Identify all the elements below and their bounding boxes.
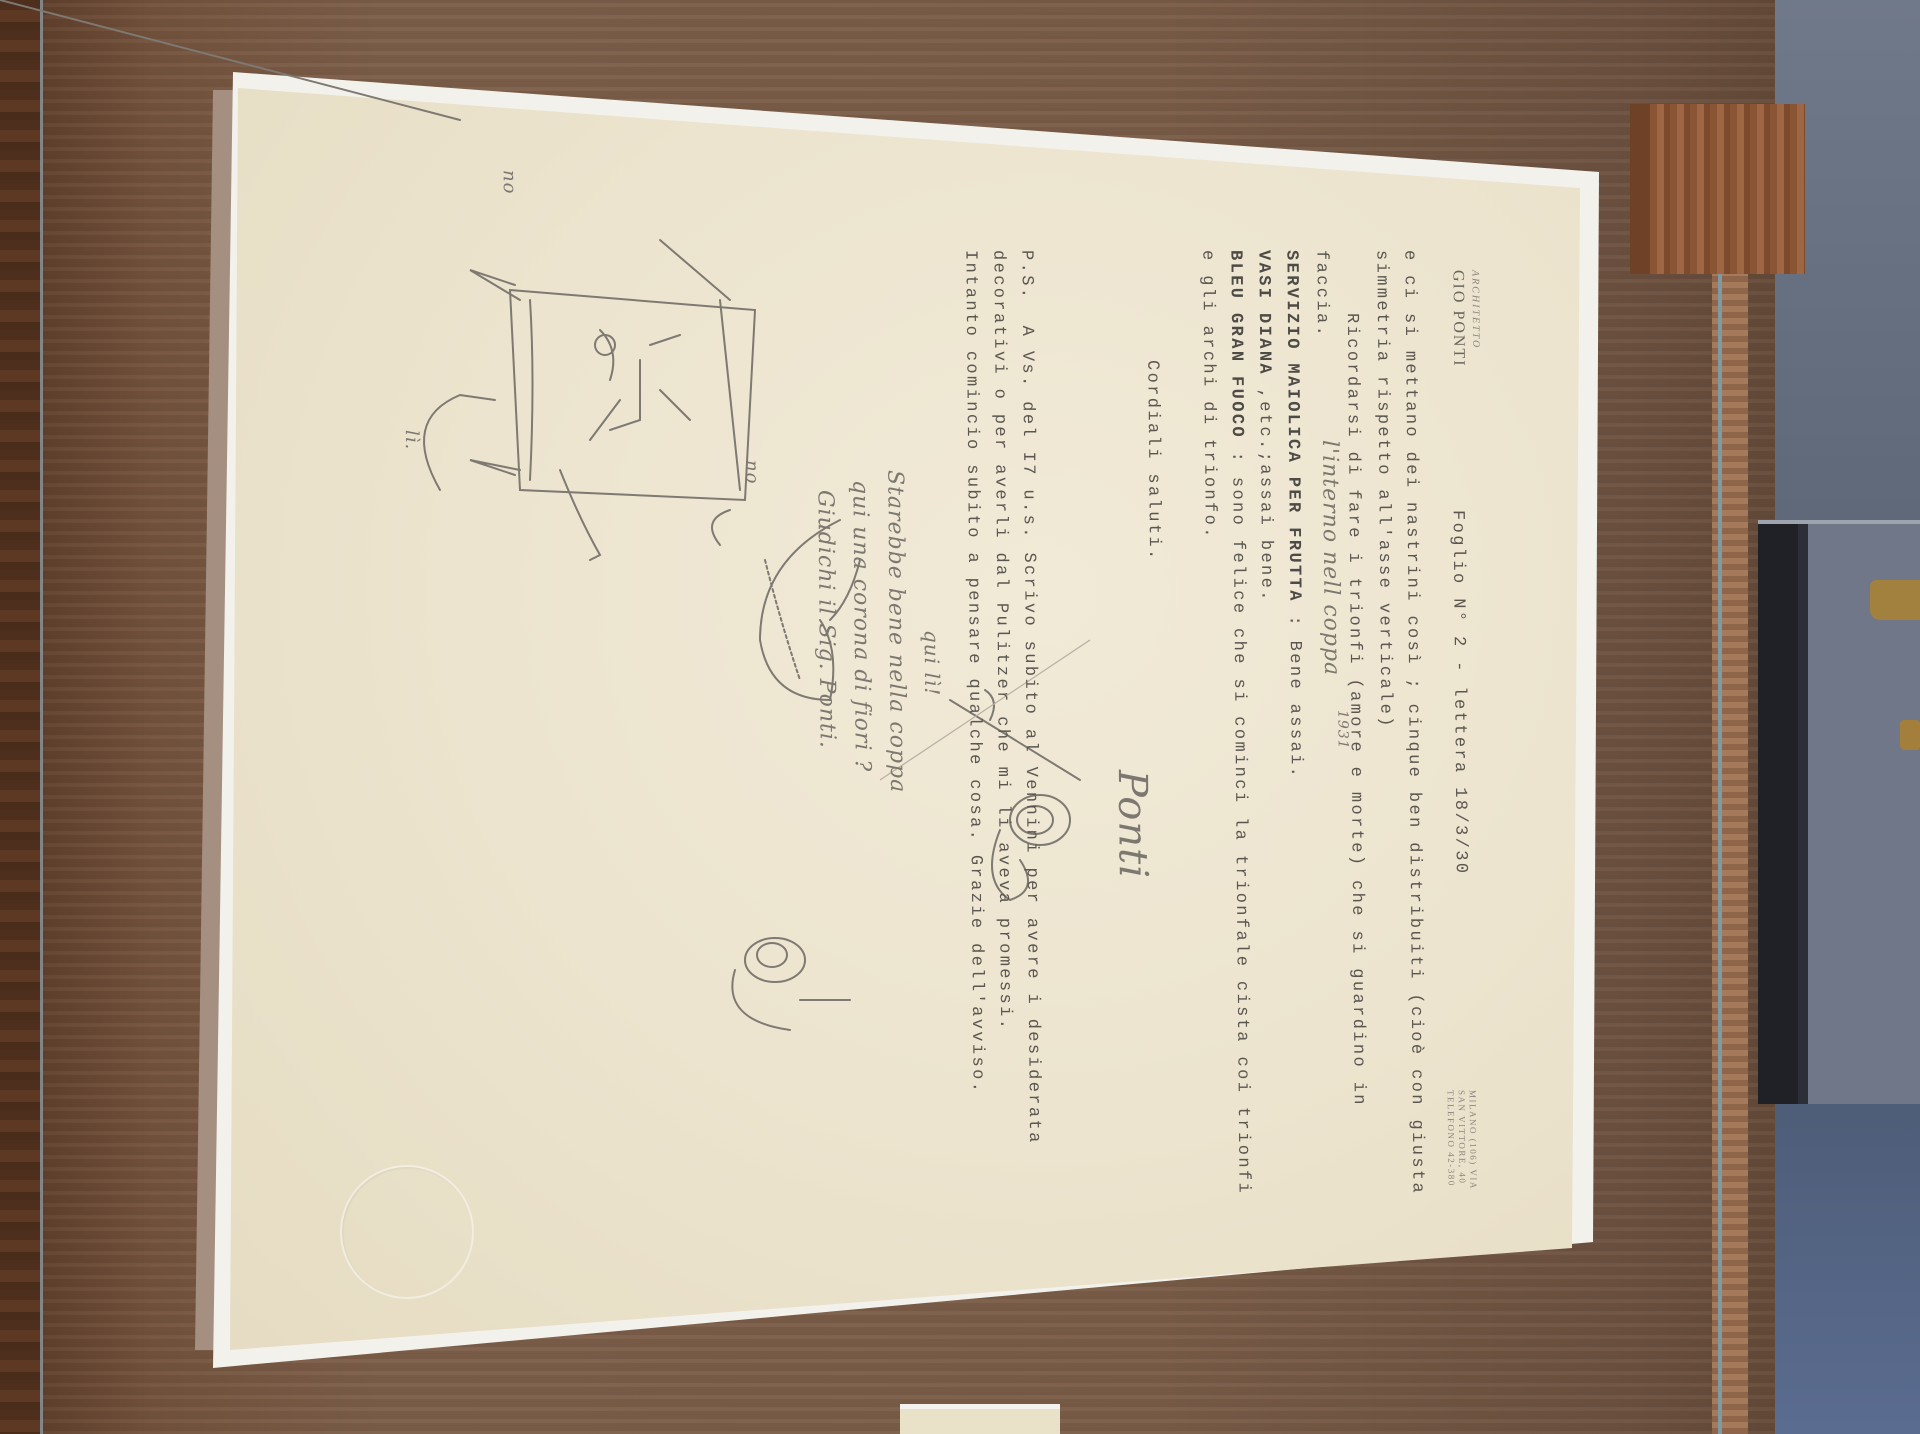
item-text: : Bene assai.	[1284, 603, 1305, 779]
postscript-line: P.S. A Vs. del I7 u.s. Scrivo subito al …	[1016, 250, 1043, 1145]
sheet-reference: Foglio N° 2 - lettera 18/3/30	[1448, 510, 1470, 875]
body-line: simmetria rispetto all'asse verticale)	[1371, 250, 1394, 729]
item-label: SERVIZIO MAIOLICA PER FRUTTA	[1281, 250, 1303, 603]
handwritten-note: Starebbe bene nella coppa	[882, 470, 910, 793]
item-line: VASI DIANA ,etc.;assai bene.	[1253, 250, 1275, 603]
postscript-line: Intanto comincio subito a pensare qualch…	[960, 250, 986, 1094]
handwritten-date: 1931	[1334, 710, 1350, 750]
item-text: : sono felice che si cominci la trionfal…	[1227, 439, 1253, 1195]
handwritten-note: l'interno nell coppa	[1317, 440, 1344, 676]
handwritten-note: qui lì!	[920, 630, 945, 696]
glass-edge-left	[40, 0, 43, 1434]
letterhead-title: ARCHITETTO	[1470, 270, 1482, 349]
handwritten-note: no	[499, 170, 520, 194]
body-line: faccia.	[1311, 250, 1331, 338]
body-line: e ci si mettano dei nastrini così ; cinq…	[1399, 250, 1426, 1195]
address-line: SAN VITTORE, 40	[1456, 1090, 1468, 1190]
item-text: ,etc.;assai bene.	[1254, 376, 1275, 603]
item-label: BLEU GRAN FUOCO	[1225, 250, 1246, 439]
letterhead-name: GIO PONTI	[1449, 270, 1468, 368]
handwritten-note: lì.	[401, 430, 422, 450]
closing: Cordiali saluti.	[1142, 360, 1163, 562]
handwritten-note: qui una corona di fiori ?	[847, 480, 875, 772]
body-line: Ricordarsi di fare i trionfi (amore e mo…	[1341, 250, 1367, 1107]
item-line: BLEU GRAN FUOCO : sono felice che si com…	[1225, 250, 1252, 1195]
letter-content: ARCHITETTO GIO PONTI Foglio N° 2 - lette…	[180, 210, 1490, 1310]
handwritten-note: Giudichi il Sig. Ponti.	[812, 490, 839, 749]
body-line: e gli archi di trionfo.	[1197, 250, 1219, 540]
handwritten-note: no	[741, 460, 762, 484]
frame-corner-block	[1650, 104, 1805, 274]
gold-object	[1900, 720, 1920, 750]
item-line: SERVIZIO MAIOLICA PER FRUTTA : Bene assa…	[1281, 250, 1305, 779]
glass-edge-right	[1718, 270, 1722, 1434]
adjacent-document-edge	[900, 1404, 1060, 1434]
gold-object	[1870, 580, 1920, 620]
letterhead-address: MILANO (106) VIA SAN VITTORE, 40 TELEFON…	[1445, 1090, 1479, 1190]
signature: Ponti	[1109, 770, 1156, 879]
postscript-line: decorativi o per averli dal Pulitzer che…	[988, 250, 1014, 1031]
address-line: MILANO (106) VIA	[1467, 1090, 1479, 1190]
address-line: TELEFONO 42-380	[1445, 1090, 1457, 1190]
frame-left-edge	[0, 0, 42, 1434]
item-label: VASI DIANA	[1253, 250, 1273, 376]
